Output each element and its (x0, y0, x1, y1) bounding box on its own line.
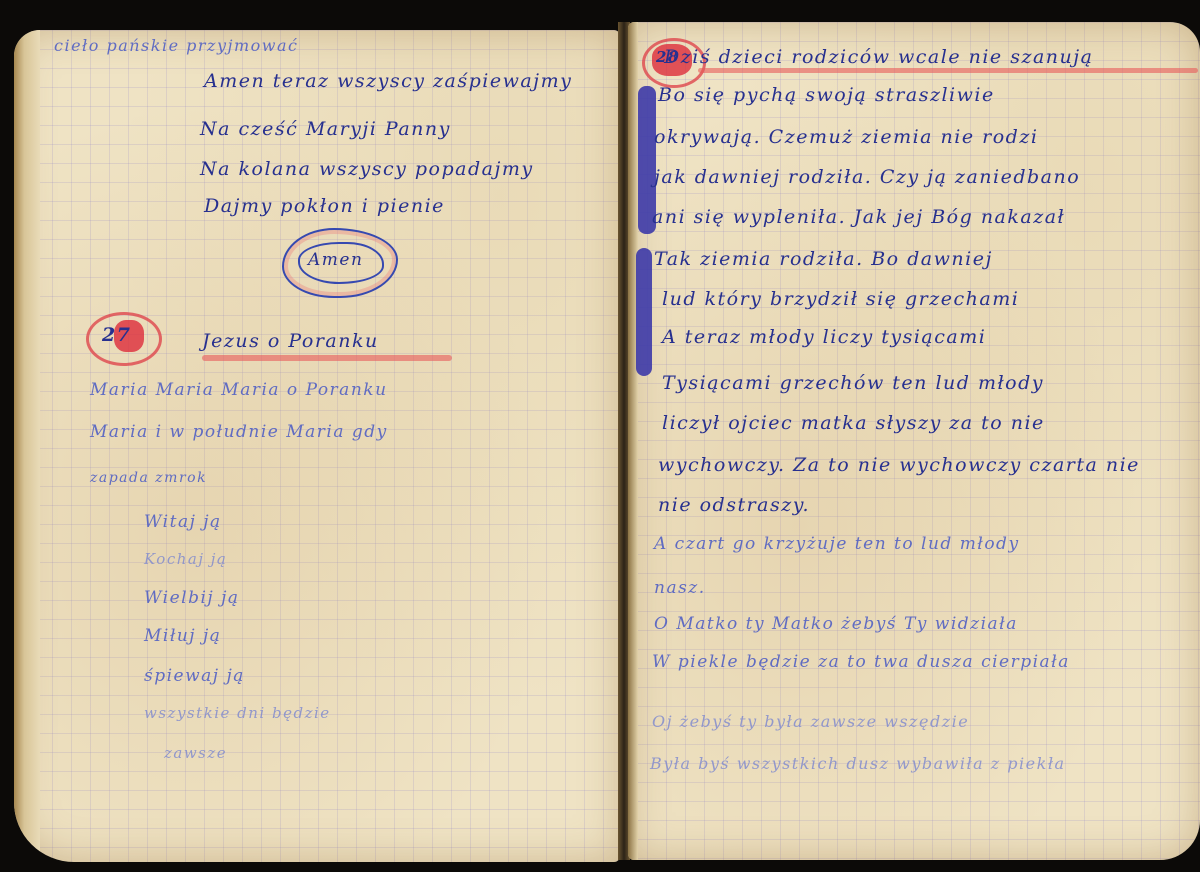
amen-label: Amen (308, 250, 363, 270)
line-9: Tysiącami grzechów ten lud młody (662, 372, 1044, 394)
line-13: A czart go krzyżuje ten to lud młody (654, 534, 1020, 554)
verse-line-1: Maria Maria Maria o Poranku (90, 380, 388, 400)
line-2: Bo się pychą swoją straszliwie (658, 84, 995, 106)
refrain-line-4: Miłuj ją (144, 626, 221, 646)
top-line: cieło pańskie przyjmować (54, 36, 298, 55)
song-title: Jezus o Poranku (202, 330, 379, 352)
line-14: nasz. (654, 578, 706, 598)
refrain-line-2: Kochaj ją (144, 550, 227, 568)
line-17: Oj żebyś ty była zawsze wszędzie (652, 712, 969, 731)
line-1: Dziś dzieci rodziców wcale nie szanują (664, 46, 1094, 68)
stanza-line-3: Na kolana wszyscy popadajmy (200, 158, 534, 180)
line-11: wychowczy. Za to nie wychowczy czarta ni… (658, 454, 1140, 476)
refrain-line-3: Wielbij ją (144, 588, 240, 608)
stanza-line-1: Amen teraz wszyscy zaśpiewajmy (204, 70, 572, 92)
refrain-line-5: śpiewaj ją (144, 666, 245, 686)
line-12: nie odstraszy. (658, 494, 810, 516)
line-6: Tak ziemia rodziła. Bo dawniej (654, 248, 993, 270)
line-8: A teraz młody liczy tysiącami (662, 326, 986, 348)
refrain-line-1: Witaj ją (144, 512, 222, 532)
line-16: W piekle będzie za to twa dusza cierpiał… (652, 652, 1070, 672)
line-4: jak dawniej rodziła. Czy ją zaniedbano (654, 166, 1080, 188)
margin-marker-bottom (636, 248, 652, 376)
verse-line-2: Maria i w południe Maria gdy (90, 422, 388, 442)
refrain-line-7: zawsze (164, 744, 227, 762)
line-18: Była byś wszystkich dusz wybawiła z piek… (650, 754, 1066, 773)
first-line-underline (698, 68, 1198, 73)
stanza-line-2: Na cześć Maryji Panny (200, 118, 451, 140)
refrain-line-6: wszystkie dni będzie (144, 704, 331, 722)
line-7: lud który brzydził się grzechami (662, 288, 1019, 310)
line-5: ani się wypleniła. Jak jej Bóg nakazał (652, 206, 1065, 228)
notebook-spread: cieło pańskie przyjmować Amen teraz wszy… (0, 0, 1200, 872)
title-underline (202, 355, 452, 361)
song-number: 27 (102, 324, 131, 346)
verse-line-3: zapada zmrok (90, 470, 207, 486)
right-page: 28 Dziś dzieci rodziców wcale nie szanuj… (628, 22, 1200, 860)
line-15: O Matko ty Matko żebyś Ty widziała (654, 614, 1018, 634)
stanza-line-4: Dajmy pokłon i pienie (204, 195, 445, 217)
left-page: cieło pańskie przyjmować Amen teraz wszy… (14, 30, 620, 862)
line-10: liczył ojciec matka słyszy za to nie (662, 412, 1045, 434)
line-3: okrywają. Czemuż ziemia nie rodzi (654, 126, 1038, 148)
